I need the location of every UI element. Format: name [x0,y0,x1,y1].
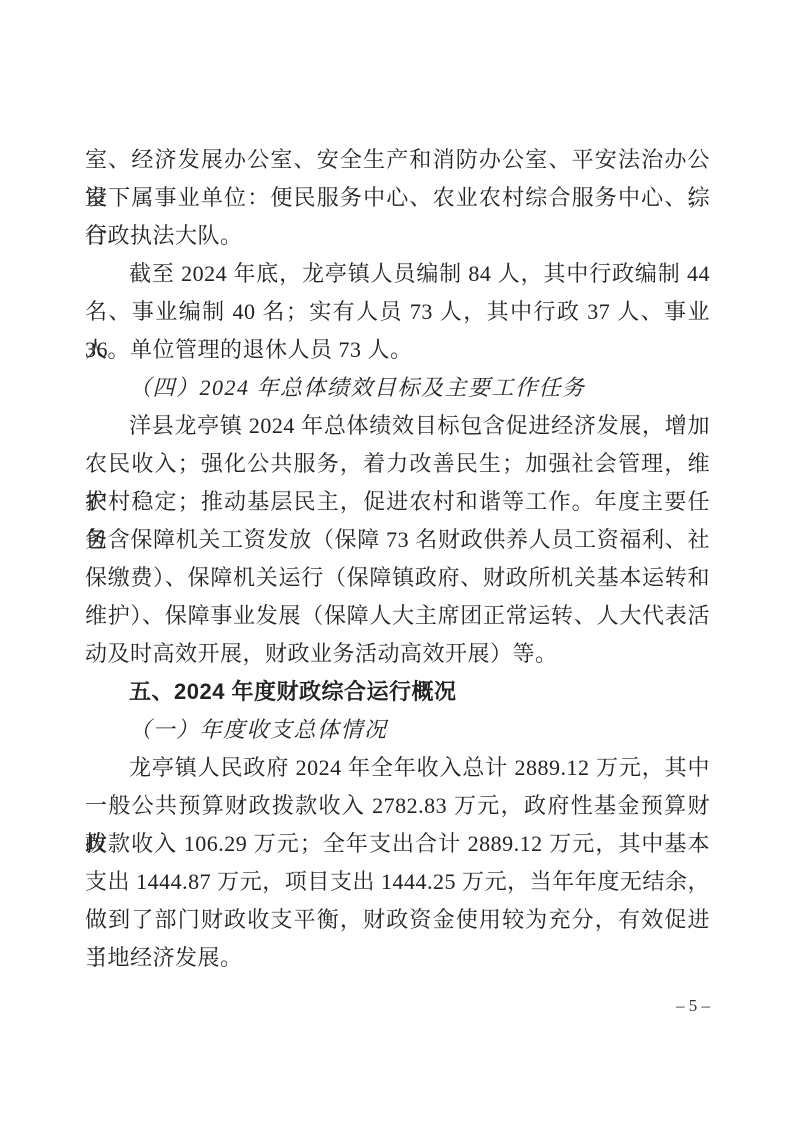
text-line: （四）2024 年总体绩效目标及主要工作任务 [85,369,710,407]
text-line: 室、经济发展办公室、安全生产和消防办公室、平安法治办公室； [85,141,710,179]
text-line: 龙亭镇人民政府 2024 年全年收入总计 2889.12 万元，其中 [85,749,710,787]
text-line: 包含保障机关工资发放（保障 73 名财政供养人员工资福利、社 [85,521,710,559]
text-line: 人。单位管理的退休人员 73 人。 [85,331,710,369]
text-line: 设下属事业单位：便民服务中心、农业农村综合服务中心、综合 [85,179,710,217]
text-line: 五、2024 年度财政综合运行概况 [85,673,710,711]
text-line: 农民收入；强化公共服务，着力改善民生；加强社会管理，维护 [85,445,710,483]
text-line: 做到了部门财政收支平衡，财政资金使用较为充分，有效促进了 [85,901,710,939]
text-line: （一）年度收支总体情况 [85,711,710,749]
page-number: – 5 – [0,995,710,1017]
text-line: 农村稳定；推动基层民主，促进农村和谐等工作。年度主要任务 [85,483,710,521]
text-line: 保缴费）、保障机关运行（保障镇政府、财政所机关基本运转和 [85,559,710,597]
text-line: 支出 1444.87 万元，项目支出 1444.25 万元，当年年度无结余， [85,863,710,901]
text-line: 当地经济发展。 [85,939,710,977]
document-page: 室、经济发展办公室、安全生产和消防办公室、平安法治办公室；设下属事业单位：便民服… [0,0,792,1121]
text-line: 名、事业编制 40 名；实有人员 73 人，其中行政 37 人、事业 36 [85,293,710,331]
text-line: 洋县龙亭镇 2024 年总体绩效目标包含促进经济发展，增加 [85,407,710,445]
text-line: 截至 2024 年底，龙亭镇人员编制 84 人，其中行政编制 44 [85,255,710,293]
text-line: 一般公共预算财政拨款收入 2782.83 万元，政府性基金预算财政 [85,787,710,825]
text-line: 拨款收入 106.29 万元；全年支出合计 2889.12 万元，其中基本 [85,825,710,863]
text-block: 室、经济发展办公室、安全生产和消防办公室、平安法治办公室；设下属事业单位：便民服… [85,141,710,977]
text-line: 动及时高效开展，财政业务活动高效开展）等。 [85,635,710,673]
text-line: 行政执法大队。 [85,217,710,255]
text-line: 维护）、保障事业发展（保障人大主席团正常运转、人大代表活 [85,597,710,635]
